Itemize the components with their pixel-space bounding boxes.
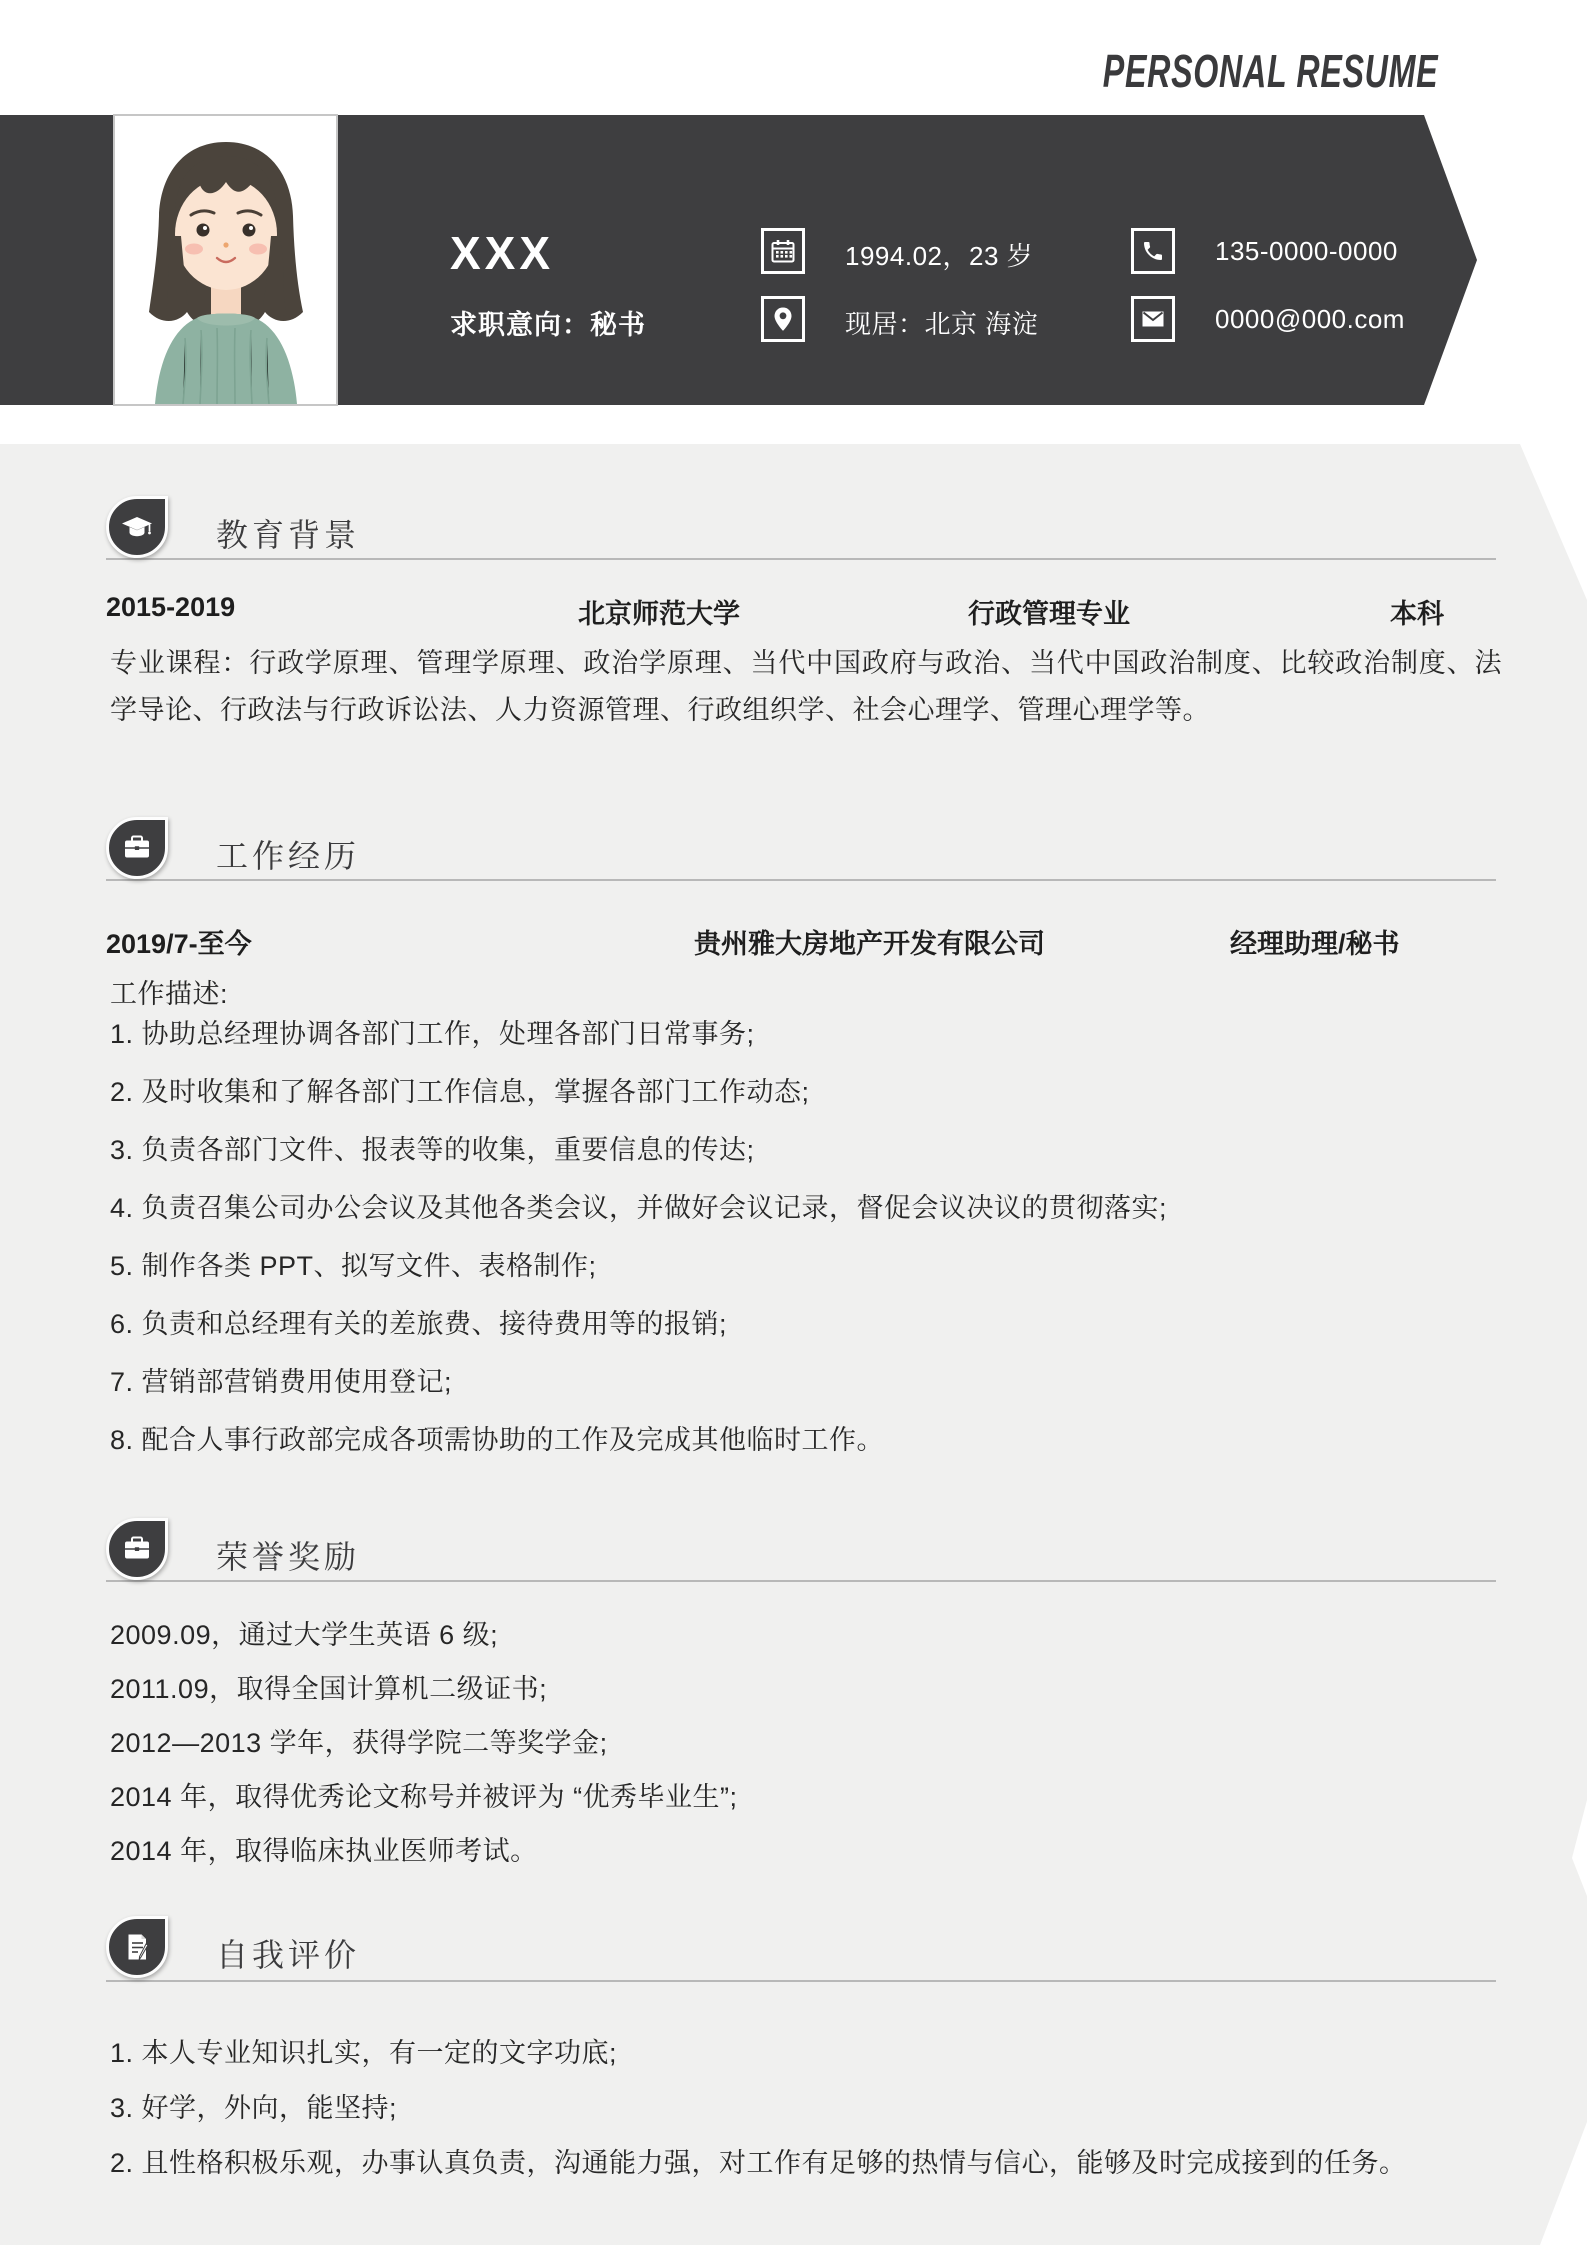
page-title: PERSONAL RESUME [1102,44,1438,98]
education-dates: 2015-2019 [106,592,235,623]
section-divider [106,879,1496,881]
education-major: 行政管理专业 [968,592,1130,631]
work-duty-item: 4. 负责召集公司办公会议及其他各类会议，并做好会议记录，督促会议决议的贯彻落实… [110,1179,1167,1237]
evaluation-list: 1. 本人专业知识扎实，有一定的文字功底; 3. 好学，外向，能坚持; 2. 且… [110,2026,1407,2191]
graduation-cap-icon [106,496,168,558]
email-icon [1131,296,1175,342]
work-dates: 2019/7-至今 [106,922,252,961]
work-duty-item: 1. 协助总经理协调各部门工作，处理各部门日常事务; [110,1005,1167,1063]
briefcase-icon [106,1518,168,1580]
honor-item: 2014 年，取得临床执业医师考试。 [110,1824,738,1878]
avatar-illustration [115,116,336,404]
education-degree: 本科 [1390,592,1444,631]
education-school: 北京师范大学 [578,592,740,631]
section-divider [106,1980,1496,1982]
honors-list: 2009.09，通过大学生英语 6 级; 2011.09，取得全国计算机二级证书… [110,1608,738,1878]
section-divider [106,558,1496,560]
resume-page: PERSONAL RESUME [0,0,1587,2245]
section-title-honors: 荣誉奖励 [216,1532,360,1578]
work-duty-item: 3. 负责各部门文件、报表等的收集，重要信息的传达; [110,1121,1167,1179]
work-duty-item: 5. 制作各类 PPT、拟写文件、表格制作; [110,1237,1167,1295]
phone-text: 135-0000-0000 [1215,236,1398,267]
calendar-icon [761,228,805,274]
phone-icon [1131,228,1175,274]
evaluation-item: 3. 好学，外向，能坚持; [110,2081,1407,2136]
briefcase-icon [106,817,168,879]
email-text: 0000@000.com [1215,304,1405,335]
document-pen-icon [106,1916,168,1978]
work-duty-item: 8. 配合人事行政部完成各项需协助的工作及完成其他临时工作。 [110,1411,1167,1469]
job-objective: 求职意向：秘书 [450,303,646,342]
honor-item: 2012—2013 学年，获得学院二等奖学金; [110,1716,738,1770]
evaluation-item: 2. 且性格积极乐观，办事认真负责，沟通能力强，对工作有足够的热情与信心，能够及… [110,2136,1407,2191]
work-duty-item: 7. 营销部营销费用使用登记; [110,1353,1167,1411]
candidate-name: XXX [450,226,554,280]
work-duty-item: 6. 负责和总经理有关的差旅费、接待费用等的报销; [110,1295,1167,1353]
work-duty-item: 2. 及时收集和了解各部门工作信息，掌握各部门工作动态; [110,1063,1167,1121]
avatar [113,114,338,406]
honor-item: 2009.09，通过大学生英语 6 级; [110,1608,738,1662]
honor-item: 2011.09，取得全国计算机二级证书; [110,1662,738,1716]
honor-item: 2014 年，取得优秀论文称号并被评为 “优秀毕业生”; [110,1770,738,1824]
location-icon [761,296,805,342]
residence-text: 现居：北京 海淀 [845,304,1038,341]
section-divider [106,1580,1496,1582]
evaluation-item: 1. 本人专业知识扎实，有一定的文字功底; [110,2026,1407,2081]
education-courses: 专业课程：行政学原理、管理学原理、政治学原理、当代中国政府与政治、当代中国政治制… [110,640,1502,734]
birth-age-text: 1994.02，23 岁 [845,236,1033,273]
section-title-education: 教育背景 [216,510,360,556]
section-title-work: 工作经历 [216,831,360,877]
section-title-evaluation: 自我评价 [216,1930,360,1976]
work-company: 贵州雅大房地产开发有限公司 [694,922,1045,961]
work-position: 经理助理/秘书 [1230,922,1400,961]
work-duty-list: 1. 协助总经理协调各部门工作，处理各部门日常事务; 2. 及时收集和了解各部门… [110,1005,1167,1469]
